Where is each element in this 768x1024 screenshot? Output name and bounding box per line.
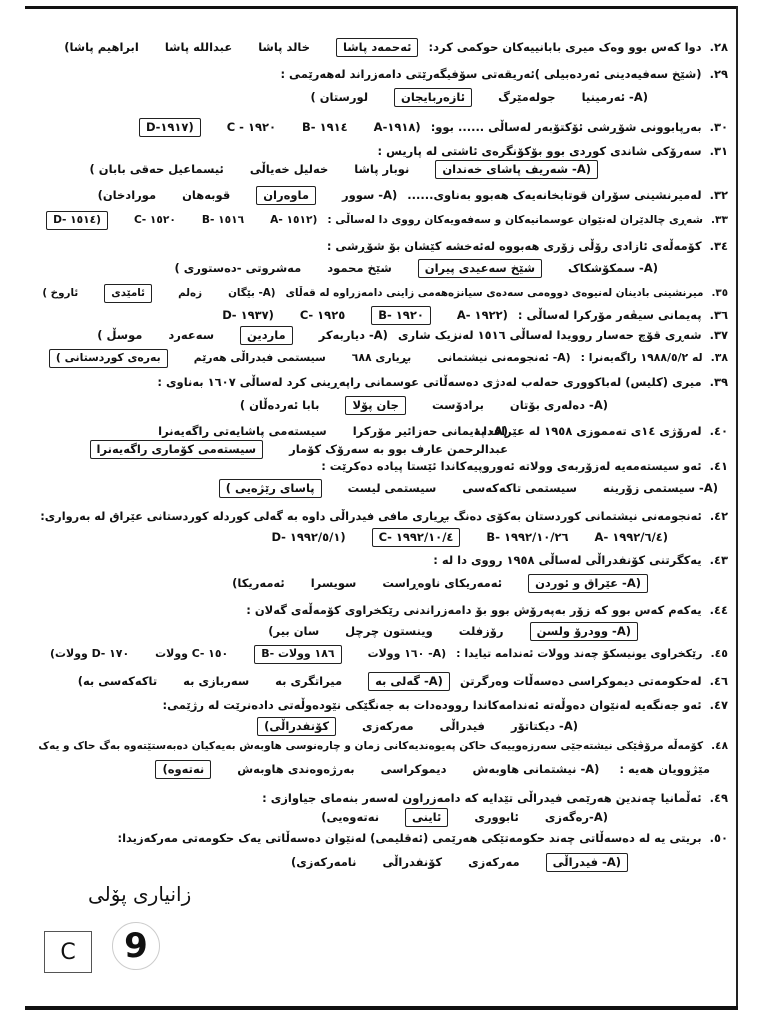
question-text: ئەڵمانیا چەندین هەرێمی فیدراڵی تێدایە کە…	[262, 791, 701, 805]
option-c: عبدالرحمن عارف بوو بە سەرۆک کۆمار	[289, 441, 508, 457]
option-b: میراتگری بە	[275, 673, 342, 689]
page-border-top	[25, 6, 738, 9]
option-a: (A-رەگەزی	[545, 809, 608, 825]
option-d-circled-answer: (١٥١٤ -D	[46, 211, 108, 230]
options-row: (A- دەلەری بۆتانبرادۆستجان پۆلابابا ئەرد…	[214, 396, 608, 415]
question-number: ٣٢.	[710, 187, 728, 203]
question-text: پەیمانی سیڤەر مۆرکرا لەساڵی :	[518, 308, 702, 322]
option-d: ئاروخ )	[42, 285, 78, 301]
option-d: (١٩٩٢/٥/١ -D	[272, 529, 346, 545]
options-row: (A- وودرۆ ولسنرۆزفلتوینستون چرچلسان بیر)	[242, 622, 638, 641]
question-33: ٣٣.شەڕی چالدێران لەنێوان عوسمانیەکان و س…	[20, 211, 728, 230]
option-c: ١٩٢٥ -C	[300, 307, 345, 323]
option-d: سان بیر)	[268, 623, 319, 639]
question-number: ٣٣.	[711, 212, 728, 228]
option-c: سیستمی لیست	[348, 480, 437, 496]
option-c: بەرژەوەندی هاوبەش	[237, 761, 354, 777]
question-text: لەمیرنشینی سۆران قوتابخانەیەک هەبوو بەنا…	[407, 188, 701, 202]
question-text: دوا کەس بوو وەک میری بابانییەکان حوکمی ک…	[428, 40, 701, 54]
option-d: مورادخان)	[98, 187, 156, 203]
option-a: (A- نیشتمانی هاوبەش	[472, 761, 599, 777]
option-d: (١٩٣٧ -D	[222, 307, 274, 323]
question-text: کۆمەڵە مرۆڤێکی نیشتەجێی سەرزەوییەک حاکن …	[38, 740, 703, 752]
question-42: ٤٢.ئەنجومەنی نیشتمانی کوردستان بەکۆی دەن…	[30, 508, 728, 524]
question-number: ٤٣.	[710, 552, 728, 568]
page-number: 9	[112, 922, 160, 970]
option-d-circled-answer: کۆنفدراڵی)	[257, 717, 336, 736]
option-d: بابا ئەردەڵان )	[240, 397, 320, 413]
option-d: ئەمەریکا)	[232, 575, 285, 591]
question-number: ٤٨.	[711, 738, 728, 754]
question-number: ٤٩.	[710, 790, 728, 806]
option-a: (A- ئەنجومەنی نیشتمانی	[437, 350, 570, 366]
question-text: لەرۆژی ١٤ی تەمموزی ١٩٥٨ لە عێراقدا :	[475, 424, 702, 438]
option-a-circled-answer: ئەحمەد پاشا	[336, 38, 418, 57]
question-36: ٣٦.پەیمانی سیڤەر مۆرکرا لەساڵی :(١٩٢٢ -A…	[196, 306, 728, 325]
options-row: (A- دیکتاتۆرفیدراڵیمەرکەزیکۆنفدراڵی)	[231, 717, 578, 736]
option-c: سیستمی فیدراڵی هەرێم	[194, 350, 326, 366]
question-number: ٤٤.	[710, 602, 728, 618]
option-a-circled-answer: (A- وودرۆ ولسن	[530, 622, 638, 641]
option-d-circled-answer: بەرەی کوردستانی )	[49, 349, 168, 368]
option-c: ١٩٢٠ - C	[227, 119, 276, 135]
question-number: ٥٠.	[710, 830, 728, 846]
option-d: مەشروتی -دەستوری )	[174, 260, 301, 276]
options-row: (A- سیستمی زۆرینەسیستمی تاکەکەسیسیستمی ل…	[193, 479, 718, 498]
option-a: (١٩١٨-A	[374, 119, 421, 135]
option-a-circled-answer: (A- فیدراڵی	[546, 853, 628, 872]
options-row: (A- شەریف پاشای خەنداننوبار پاشاخەلیل خە…	[64, 160, 598, 179]
question-29: ٢٩.(شێخ سەفیەدینی ئەردەبیلی )ئەریقەتی سۆ…	[270, 66, 728, 82]
option-a-circled-answer: (A- شەریف پاشای خەندان	[435, 160, 598, 179]
option-a: (A- ئەرمینیا	[582, 89, 648, 105]
question-text: سەرۆکی شاندی کوردی بوو بۆکۆنگرەی ئاشتی ل…	[378, 144, 702, 158]
question-number: ٣٧.	[710, 327, 728, 343]
question-text: رێکخراوی یونیسکۆ چەند وولات ئەندامە تیای…	[456, 647, 702, 660]
option-a: (A- دیاربەکر	[319, 327, 388, 343]
option-b: مەرکەزی	[468, 854, 520, 870]
option-c: ١٥٢٠ -C	[134, 212, 176, 228]
question-number: ٣٥.	[711, 285, 728, 301]
page-border-right	[736, 6, 738, 1010]
question-number: ٢٩.	[710, 66, 728, 82]
question-text: ئەو جەنگەیە لەنێوان دەوڵەتە ئەندامەکاندا…	[162, 698, 701, 712]
question-text-continued: مێژوویان هەیە :	[619, 762, 710, 776]
question-text: کۆمەڵەی ئازادی رۆڵی زۆری هەبووە لەئەخشە …	[327, 239, 702, 253]
option-d: نامەرکەزی)	[291, 854, 356, 870]
option-a: (A- دەلەری بۆتان	[510, 397, 608, 413]
option-c: قوبەهان	[182, 187, 230, 203]
option-b: جولەمێرگ	[498, 89, 556, 105]
question-48: ٤٨.کۆمەڵە مرۆڤێکی نیشتەجێی سەرزەوییەک حا…	[28, 738, 728, 754]
option-b: دیموکراسی	[381, 761, 447, 777]
question-text: شەڕی قۆچ حەسار روویدا لەساڵی ١٥١٦ لەنزیک…	[398, 328, 702, 342]
question-number: ٣٩.	[710, 374, 728, 390]
option-a: (A- سوور	[342, 187, 397, 203]
question-37: ٣٧.شەڕی قۆچ حەسار روویدا لەساڵی ١٥١٦ لەن…	[71, 326, 728, 345]
question-45: ٤٥.رێکخراوی یونیسکۆ چەند وولات ئەندامە ت…	[24, 645, 728, 664]
question-49: ٤٩.ئەڵمانیا چەندین هەرێمی فیدراڵی تێدایە…	[252, 790, 728, 806]
question-number: ٣١.	[710, 143, 728, 159]
option-b: ١٥١٦ -B	[202, 212, 244, 228]
option-b: فیدراڵی	[440, 718, 485, 734]
option-b: ئابووری	[474, 809, 518, 825]
option-c: سەعەرد	[168, 327, 214, 343]
options-row: (A- فیدراڵیمەرکەزیکۆنفدراڵینامەرکەزی)	[265, 853, 628, 872]
option-d: تاکەکەسی بە)	[78, 673, 157, 689]
options-row: عبدالرحمن عارف بوو بە سەرۆک کۆمارسیستەمی…	[64, 440, 508, 459]
question-continuation: مێژوویان هەیە :(A- نیشتمانی هاوبەشدیموکر…	[129, 760, 710, 779]
option-c: خەلیل خەیاڵی	[250, 161, 328, 177]
option-b-circled-answer: ماردین	[240, 326, 293, 345]
option-d: ئیسماعیل حەقی بابان )	[90, 161, 224, 177]
option-b: زەلم	[178, 285, 202, 301]
option-d: ١٧٠ -D وولات)	[50, 646, 129, 662]
question-35: ٣٥.میرنشینی بادینان لەنیوەی دووەمی سەدەی…	[16, 284, 728, 303]
question-number: ٢٨.	[710, 39, 728, 55]
option-d-circled-answer: سیستەمی کۆماری راگەیەنرا	[90, 440, 264, 459]
option-a: (A- سمکۆشکاک	[568, 260, 658, 276]
question-38: ٣٨.لە ١٩٨٨/٥/٢ راگەیەنرا :(A- ئەنجومەنی …	[23, 349, 728, 368]
option-b: سیستەمی پاشایەتی راگەیەنرا	[158, 423, 327, 439]
page-border-bottom	[25, 1006, 738, 1010]
option-a: (A- دیکتاتۆر	[511, 718, 578, 734]
question-text: یەکگرتنی کۆنفدراڵی لەساڵی ١٩٥٨ رووی دا ل…	[433, 553, 701, 567]
options-row: (A- سمکۆشکاکشێخ سەعیدی پیرانشێخ محمودمەش…	[148, 259, 658, 278]
option-b: سیستمی تاکەکەسی	[462, 480, 577, 496]
option-d: ابراهیم پاشا)	[64, 39, 139, 55]
options-row: (A- عێراق و ئوردنئەمەریکای ناوەڕاستسویسر…	[206, 574, 648, 593]
option-a: (A- ١٦٠ وولات	[368, 646, 447, 662]
question-number: ٤١.	[710, 458, 728, 474]
option-d-circled-answer: (١٩١٧-D	[139, 118, 201, 137]
option-d: موسڵ )	[97, 327, 142, 343]
question-32: ٣٢.لەمیرنشینی سۆران قوتابخانەیەک هەبوو ب…	[72, 186, 728, 205]
options-row: (A- پەیمانی حەزائیر مۆرکراسیستەمی پاشایە…	[132, 423, 508, 439]
option-a: (A- بێگان	[228, 285, 275, 301]
question-43: ٤٣.یەکگرتنی کۆنفدراڵی لەساڵی ١٩٥٨ رووی د…	[423, 552, 728, 568]
option-b-circled-answer: ماوەران	[256, 186, 316, 205]
option-d-circled-answer: پاسای رێژەیی )	[219, 479, 322, 498]
option-c-circled-answer: ئازەربایجان	[394, 88, 472, 107]
grade-letter-box: C	[44, 931, 92, 973]
option-c-circled-answer: ئاینی	[405, 808, 448, 827]
question-39: ٣٩.میری (کلیس) لەباکووری حەلەب لەدژی دەس…	[147, 374, 728, 390]
options-row: (A-رەگەزیئابووریئاینینەتەوەیی)	[295, 808, 608, 827]
option-b: ئەمەریکای ناوەڕاست	[382, 575, 502, 591]
option-b: نوبار پاشا	[354, 161, 409, 177]
question-46: ٤٦.لەحکومەتی دیموکراسی دەسەڵات وەرگرتن(A…	[52, 672, 728, 691]
option-d: نەتەوەیی)	[321, 809, 379, 825]
option-c-circled-answer: ئامێدی	[104, 284, 152, 303]
question-number: ٣٦.	[710, 307, 728, 323]
option-c: سەربازی بە	[183, 673, 249, 689]
option-c: مەرکەزی	[362, 718, 414, 734]
question-number: ٤٢.	[710, 508, 728, 524]
question-text: لەحکومەتی دیموکراسی دەسەڵات وەرگرتن	[460, 674, 702, 688]
option-c: سویسرا	[311, 575, 357, 591]
option-b-circled-answer: ١٩٢٠ -B	[371, 306, 431, 325]
option-c: شێخ محمود	[327, 260, 392, 276]
question-number: ٤٥.	[710, 646, 728, 662]
options-row: (A- ئەرمینیاجولەمێرگئازەربایجانلورستان )	[284, 88, 648, 107]
option-b: برادۆست	[432, 397, 484, 413]
question-text: بریتی یە لە دەسەڵاتی چەند حکومەتێکی هەرێ…	[117, 831, 701, 845]
option-a: (A- پەیمانی حەزائیر مۆرکرا	[353, 423, 508, 439]
question-text: (شێخ سەفیەدینی ئەردەبیلی )ئەریقەتی سۆفیگ…	[280, 67, 701, 81]
option-c-circled-answer: جان پۆلا	[345, 396, 406, 415]
option-b: ١٩٩٢/١٠/٢٦ -B	[486, 529, 568, 545]
question-number: ٣٨.	[711, 350, 728, 366]
options-row: (١٩٩٢/٦/٤ -A١٩٩٢/١٠/٢٦ -B١٩٩٢/١٠/٤ -C(١٩…	[246, 528, 668, 547]
option-c-circled-answer: ١٩٩٢/١٠/٤ -C	[372, 528, 461, 547]
question-text: بەرپابوونی شۆڕشی ئۆکتۆبەر لەساڵی ...... …	[431, 120, 702, 134]
question-text: ئەنجومەنی نیشتمانی کوردستان بەکۆی دەنگ ب…	[40, 509, 702, 523]
option-b: خالد پاشا	[258, 39, 310, 55]
question-34: ٣٤.کۆمەڵەی ئازادی رۆڵی زۆری هەبووە لەئەخ…	[317, 238, 728, 254]
question-number: ٤٦.	[710, 673, 728, 689]
question-number: ٤٧.	[710, 697, 728, 713]
question-44: ٤٤.یەکەم کەس بوو کە زۆر بەپەرۆش بوو بۆ د…	[236, 602, 728, 618]
question-number: ٤٠.	[710, 423, 728, 439]
option-a-circled-answer: (A- عێراق و ئوردن	[528, 574, 648, 593]
question-30: ٣٠.بەرپابوونی شۆڕشی ئۆکتۆبەر لەساڵی ....…	[113, 118, 728, 137]
option-c: وینستون چرچل	[345, 623, 433, 639]
option-b-circled-answer: شێخ سەعیدی پیران	[418, 259, 542, 278]
question-text: شەڕی چالدێران لەنێوان عوسمانیەکان و سەفە…	[327, 213, 703, 226]
question-text: لە ١٩٨٨/٥/٢ راگەیەنرا :	[581, 351, 703, 364]
option-a-circled-answer: (A- گەلی بە	[368, 672, 450, 691]
option-b-circled-answer: ١٨٦ وولات -B	[254, 645, 341, 664]
option-c: ١٥٠ -C وولات	[155, 646, 228, 662]
question-text: ئەو سیستەمەیە لەزۆربەی وولاتە ئەوروپیەکا…	[321, 459, 701, 473]
option-a: (١٥١٢ -A	[270, 212, 317, 228]
option-a: (١٩٢٢ -A	[457, 307, 508, 323]
question-31: ٣١.سەرۆکی شاندی کوردی بوو بۆکۆنگرەی ئاشت…	[368, 143, 729, 159]
question-50: ٥٠.بریتی یە لە دەسەڵاتی چەند حکومەتێکی ه…	[107, 830, 728, 846]
subject-title: زانیاری پۆلی	[88, 882, 191, 906]
option-a: (A- سیستمی زۆرینە	[603, 480, 718, 496]
question-number: ٣٤.	[710, 238, 728, 254]
option-d: لورستان )	[310, 89, 368, 105]
question-text: یەکەم کەس بوو کە زۆر بەپەرۆش بوو بۆ دامە…	[246, 603, 701, 617]
option-c: عبداللە پاشا	[165, 39, 232, 55]
question-number: ٣٠.	[710, 119, 728, 135]
option-b: ١٩١٤ -B	[302, 119, 348, 135]
question-41: ٤١.ئەو سیستەمەیە لەزۆربەی وولاتە ئەوروپی…	[311, 458, 728, 474]
option-d-circled-answer: نەتەوە)	[155, 760, 211, 779]
option-b: بڕیاری ٦٨٨	[352, 350, 411, 366]
question-text: میرنشینی بادینان لەنیوەی دووەمی سەدەی سی…	[286, 287, 704, 299]
question-text: میری (کلیس) لەباکووری حەلەب لەدژی دەسەڵا…	[157, 375, 701, 389]
question-28: ٢٨.دوا کەس بوو وەک میری بابانییەکان حوکم…	[38, 38, 728, 57]
option-b: رۆزفلت	[459, 623, 504, 639]
option-a: (١٩٩٢/٦/٤ -A	[595, 529, 668, 545]
option-c: کۆنفدراڵی	[382, 854, 442, 870]
question-47: ٤٧.ئەو جەنگەیە لەنێوان دەوڵەتە ئەندامەکا…	[152, 697, 728, 713]
